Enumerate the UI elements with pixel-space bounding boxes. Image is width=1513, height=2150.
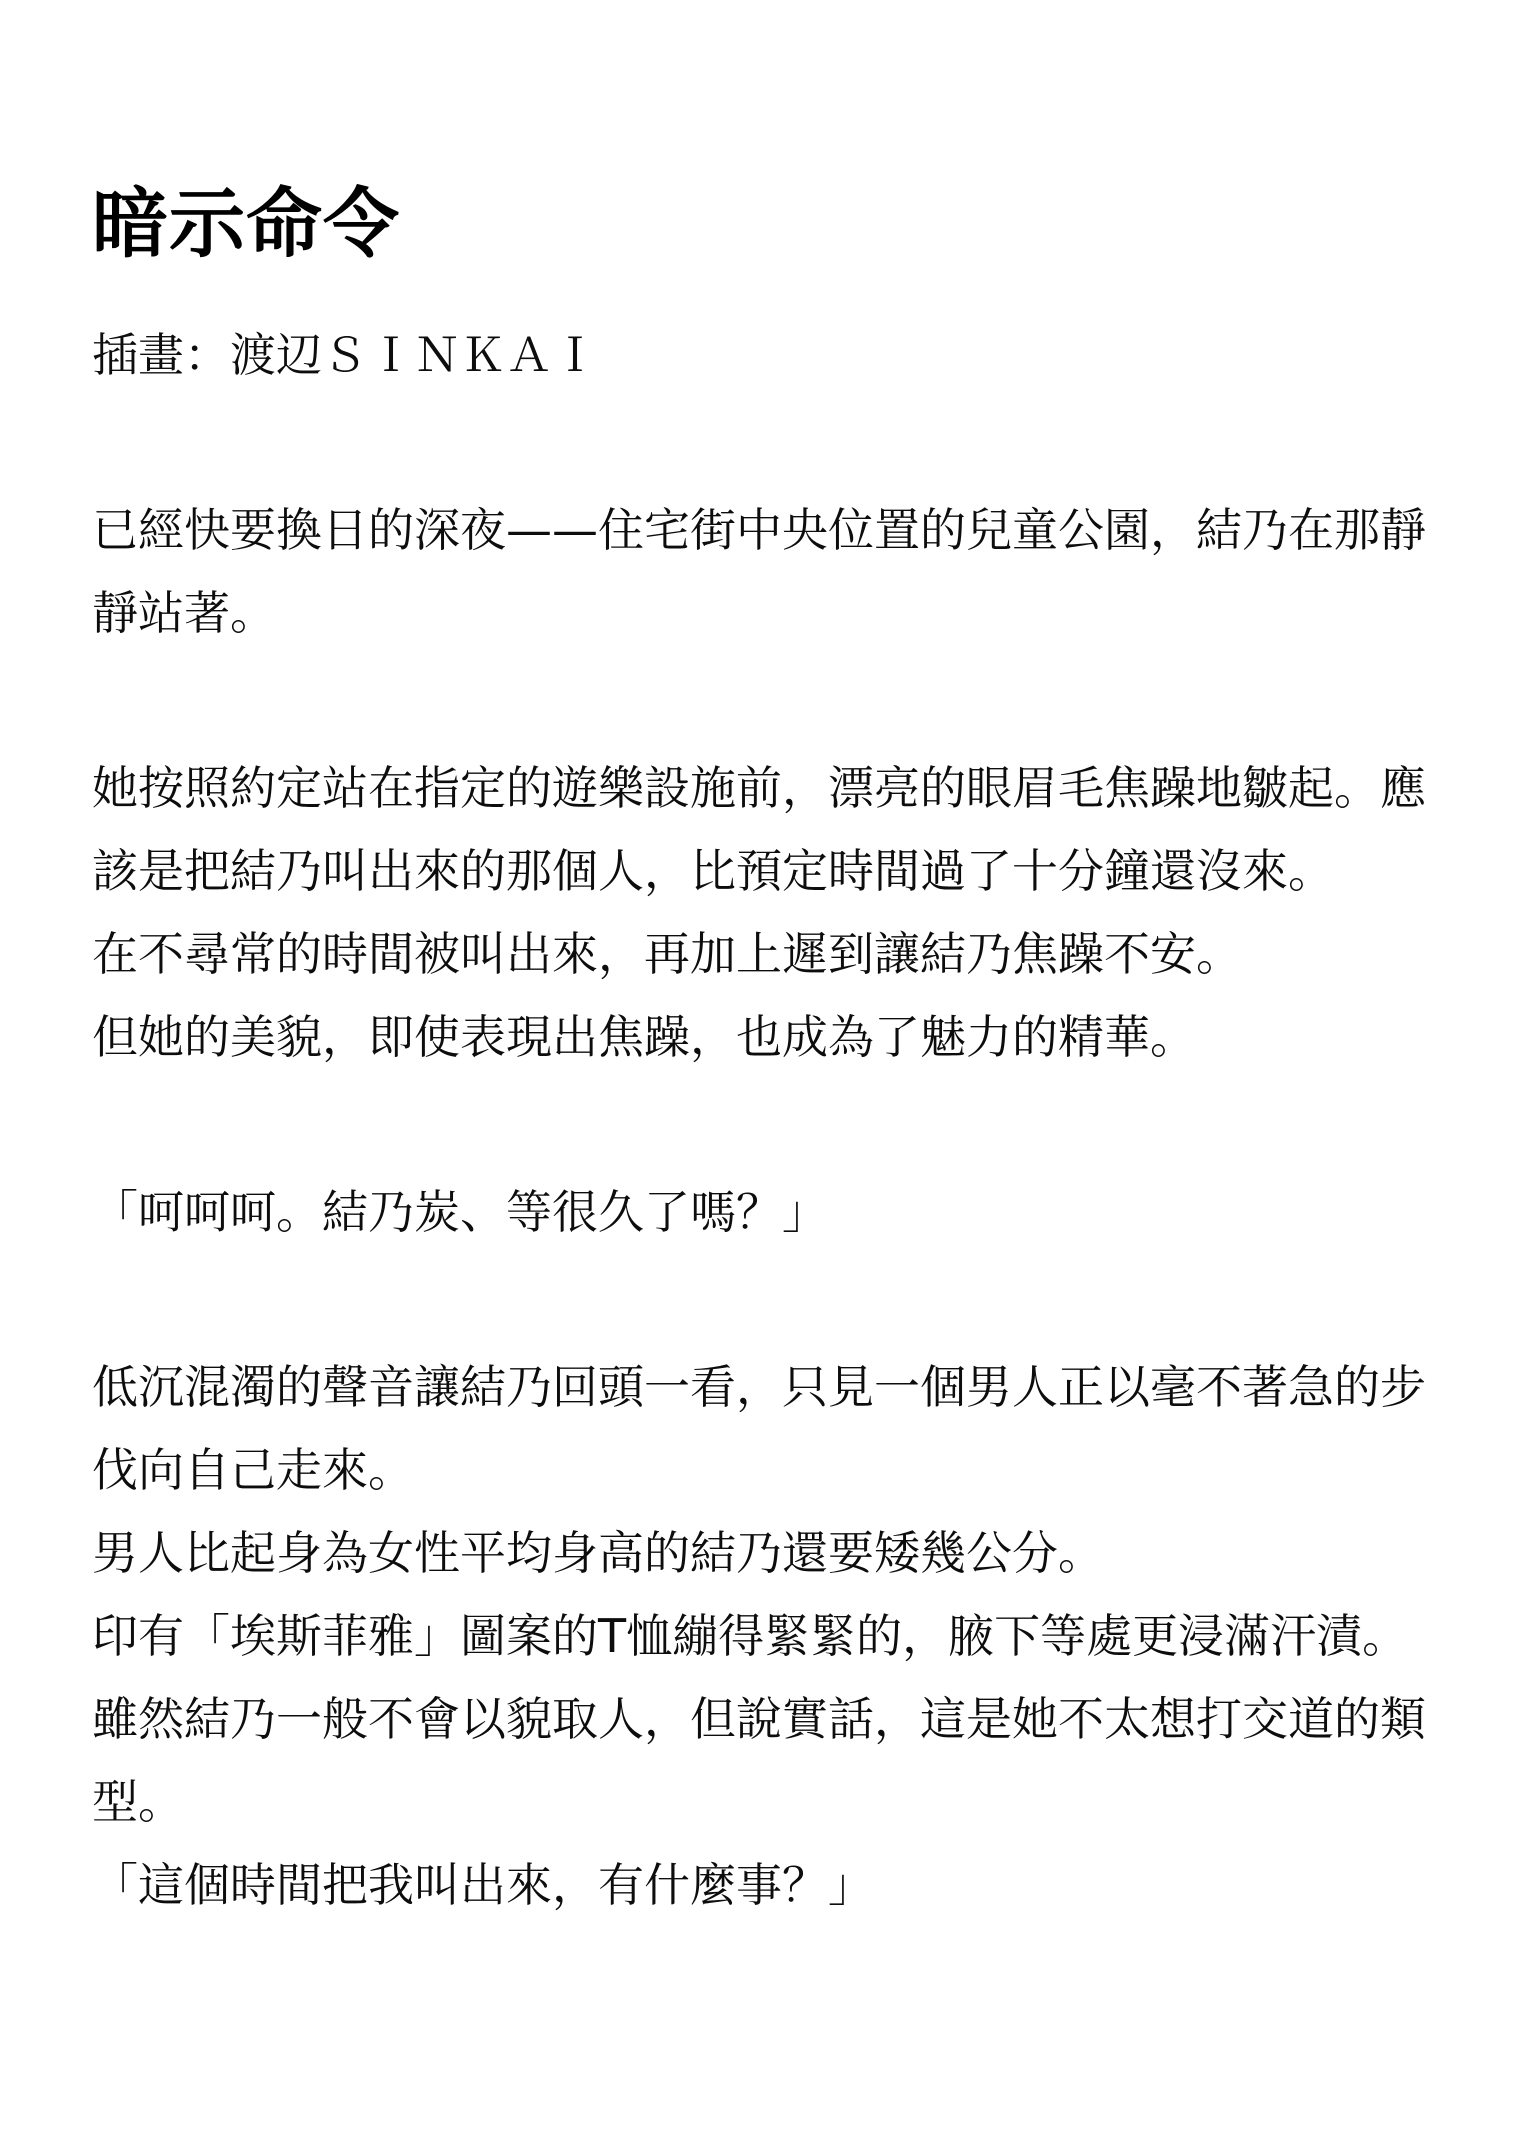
novel-page: 暗示命令 插畫：渡辺ＳＩＮＫＡＩ 已經快要換日的深夜——住宅街中央位置的兒童公園… (0, 0, 1513, 2150)
paragraph-opening: 已經快要換日的深夜——住宅街中央位置的兒童公園，結乃在那靜 靜站著。 (92, 489, 1453, 655)
text-line: 該是把結乃叫出來的那個人，比預定時間過了十分鐘還沒來。 (92, 830, 1453, 913)
text-line: 靜站著。 (92, 572, 1453, 655)
text-line: 男人比起身為女性平均身高的結乃還要矮幾公分。 (92, 1512, 1453, 1595)
text-line: 雖然結乃一般不會以貌取人，但說實話，這是她不太想打交道的類 (92, 1678, 1453, 1761)
text-line: 「這個時間把我叫出來，有什麼事？」 (92, 1844, 1453, 1927)
text-line: 「呵呵呵。結乃炭、等很久了嗎？」 (92, 1171, 1453, 1254)
text-line: 但她的美貌，即使表現出焦躁，也成為了魅力的精華。 (92, 996, 1453, 1079)
text-line: 伐向自己走來。 (92, 1429, 1453, 1512)
illustration-credit: 插畫：渡辺ＳＩＮＫＡＩ (92, 314, 1453, 397)
text-line: 印有「埃斯菲雅」圖案的T恤繃得緊緊的，腋下等處更浸滿汗漬。 (92, 1595, 1453, 1678)
text-line: 低沉混濁的聲音讓結乃回頭一看，只見一個男人正以毫不著急的步 (92, 1346, 1453, 1429)
text-line: 她按照約定站在指定的遊樂設施前，漂亮的眼眉毛焦躁地皺起。應 (92, 747, 1453, 830)
paragraph-waiting: 她按照約定站在指定的遊樂設施前，漂亮的眼眉毛焦躁地皺起。應 該是把結乃叫出來的那… (92, 747, 1453, 1079)
text-line: 在不尋常的時間被叫出來，再加上遲到讓結乃焦躁不安。 (92, 913, 1453, 996)
paragraph-man-description: 低沉混濁的聲音讓結乃回頭一看，只見一個男人正以毫不著急的步 伐向自己走來。 男人… (92, 1346, 1453, 1927)
text-line: 型。 (92, 1761, 1453, 1844)
text-line: 已經快要換日的深夜——住宅街中央位置的兒童公園，結乃在那靜 (92, 489, 1453, 572)
chapter-title: 暗示命令 (92, 180, 1453, 267)
paragraph-dialogue-greeting: 「呵呵呵。結乃炭、等很久了嗎？」 (92, 1171, 1453, 1254)
